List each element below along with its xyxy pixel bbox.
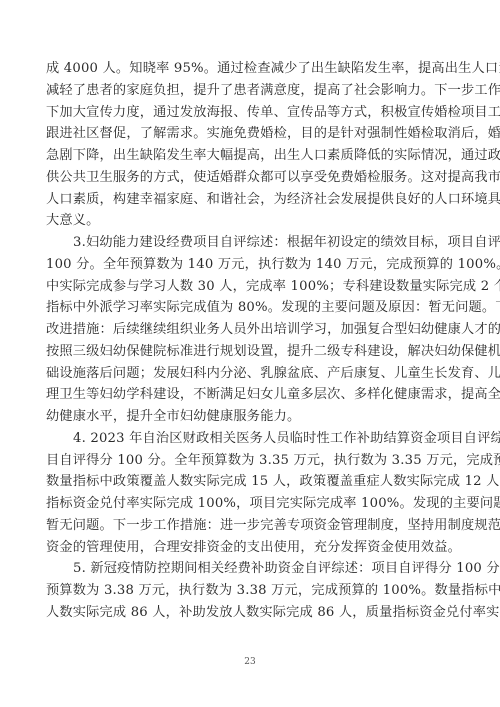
text-line: 4. 2023 年自治区财政相关医务人员临时性工作补助结算资金项目自评综述：项 — [46, 428, 454, 450]
text-line: 预算数为 3.38 万元，执行数为 3.38 万元，完成预算的 100%。数量指… — [46, 580, 454, 602]
text-line: 人数实际完成 86 人，补助发放人数实际完成 86 人，质量指标资金兑付率实际完… — [46, 602, 454, 624]
text-line: 理卫生等妇幼学科建设，不断满足妇女儿童多层次、多样化健康需求，提高全市妇 — [46, 384, 454, 406]
paragraph-item-4: 4. 2023 年自治区财政相关医务人员临时性工作补助结算资金项目自评综述：项 … — [46, 428, 454, 559]
text-line: 大意义。 — [46, 210, 454, 232]
text-line: 改进措施：后续继续组织业务人员外出培训学习，加强复合型妇幼健康人才的培养； — [46, 319, 454, 341]
text-line: 成 4000 人。知晓率 95%。通过检查减少了出生缺陷发生率，提高出生人口素质… — [46, 58, 454, 80]
text-line: 础设施落后问题；发展妇科内分泌、乳腺盆底、产后康复、儿童生长发育、儿童心 — [46, 363, 454, 385]
text-line: 跟进社区督促，了解需求。实施免费婚检，目的是针对强制性婚检取消后，婚检率 — [46, 123, 454, 145]
text-line: 目自评得分 100 分。全年预算数为 3.35 万元，执行数为 3.35 万元，… — [46, 450, 454, 472]
text-line: 指标资金兑付率实际完成 100%，项目完实际完成率 100%。发现的主要问题及原… — [46, 493, 454, 515]
text-line: 人口素质，构建幸福家庭、和谐社会，为经济社会发展提供良好的人口环境具有重 — [46, 189, 454, 211]
text-line: 资金的管理使用，合理安排资金的支出使用，充分发挥资金使用效益。 — [46, 537, 454, 559]
text-line: 指标中外派学习率实际完成值为 80%。发现的主要问题及原因：暂无问题。下一步 — [46, 297, 454, 319]
text-line: 供公共卫生服务的方式，使适婚群众都可以享受免费婚检服务。这对提高我市出生 — [46, 167, 454, 189]
page-number: 23 — [0, 657, 500, 667]
text-line: 100 分。全年预算数为 140 万元，执行数为 140 万元，完成预算的 10… — [46, 254, 454, 276]
text-line: 下加大宣传力度，通过发放海报、传单、宣传品等方式，积极宣传婚检项目工作； — [46, 102, 454, 124]
text-line: 中实际完成参与学习人数 30 人，完成率 100%；专科建设数量实际完成 2 个… — [46, 276, 454, 298]
document-page: 成 4000 人。知晓率 95%。通过检查减少了出生缺陷发生率，提高出生人口素质… — [0, 0, 500, 707]
text-line: 3.妇幼能力建设经费项目自评综述：根据年初设定的绩效目标，项目自评得分 — [46, 232, 454, 254]
paragraph-item-5: 5. 新冠疫情防控期间相关经费补助资金自评综述：项目自评得分 100 分。全年 … — [46, 558, 454, 623]
text-line: 减轻了患者的家庭负担，提升了患者满意度，提高了社会影响力。下一步工作措施： — [46, 80, 454, 102]
document-body: 成 4000 人。知晓率 95%。通过检查减少了出生缺陷发生率，提高出生人口素质… — [46, 58, 454, 624]
text-line: 急剧下降，出生缺陷发生率大幅提高，出生人口素质降低的实际情况，通过政府提 — [46, 145, 454, 167]
text-line: 数量指标中政策覆盖人数实际完成 15 人，政策覆盖重症人数实际完成 12 人，质… — [46, 471, 454, 493]
text-line: 按照三级妇幼保健院标准进行规划设置，提升二级专科建设，解决妇幼保健机构基 — [46, 341, 454, 363]
text-line: 暂无问题。下一步工作措施：进一步完善专项资金管理制度，坚持用制度规范专项 — [46, 515, 454, 537]
text-line: 幼健康水平，提升全市妇幼健康服务能力。 — [46, 406, 454, 428]
text-line: 5. 新冠疫情防控期间相关经费补助资金自评综述：项目自评得分 100 分。全年 — [46, 558, 454, 580]
paragraph-continued: 成 4000 人。知晓率 95%。通过检查减少了出生缺陷发生率，提高出生人口素质… — [46, 58, 454, 232]
paragraph-item-3: 3.妇幼能力建设经费项目自评综述：根据年初设定的绩效目标，项目自评得分 100 … — [46, 232, 454, 428]
